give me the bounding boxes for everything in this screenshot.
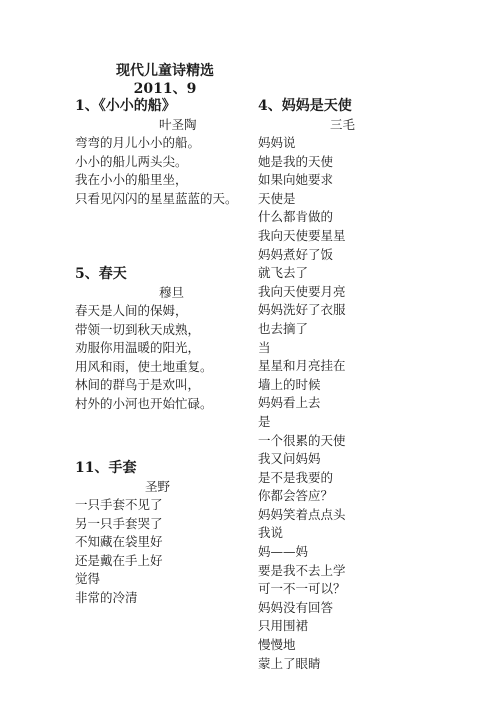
poem-line: 用风和雨，使土地重复。	[75, 358, 213, 377]
poem-title: 1、《小小的船》	[75, 96, 238, 116]
poem-line: 春天是人间的保姆，	[75, 302, 213, 321]
poem-line: 小小的船儿两头尖。	[75, 153, 238, 172]
poem-line: 我在小小的船里坐，	[75, 171, 238, 190]
poem-line: 星星和月亮挂在	[258, 357, 355, 376]
poem-line: 带领一切到秋天成熟，	[75, 321, 213, 340]
poem-author: 三毛	[258, 116, 355, 134]
poem-line: 什么都肯做的	[258, 208, 355, 227]
poem-line: 劝服你用温暖的阳光，	[75, 339, 213, 358]
poem-line: 妈妈笑着点点头	[258, 506, 355, 525]
poem-line: 就飞去了	[258, 264, 355, 283]
poem-line: 她是我的天使	[258, 153, 355, 172]
poem-line: 一个很累的天使	[258, 432, 355, 451]
poem-line: 弯弯的月儿小小的船。	[75, 134, 238, 153]
poem-line: 可一不一可以？	[258, 580, 355, 599]
poem-line: 我向天使要月亮	[258, 283, 355, 302]
poem-mother-angel: 4、妈妈是天使 三毛 妈妈说 她是我的天使 如果向她要求 天使是 什么都肯做的 …	[258, 96, 355, 673]
poem-spring: 5、春天 穆旦 春天是人间的保姆， 带领一切到秋天成熟， 劝服你用温暖的阳光， …	[75, 264, 213, 414]
poem-line: 我又问妈妈	[258, 450, 355, 469]
poem-line: 要是我不去上学	[258, 562, 355, 581]
poem-line: 当	[258, 339, 355, 358]
poem-author: 叶圣陶	[75, 116, 238, 134]
poem-line: 蒙上了眼睛	[258, 655, 355, 674]
poem-line: 是不是我要的	[258, 469, 355, 488]
poem-line: 妈妈洗好了衣服	[258, 301, 355, 320]
poem-glove: 11、手套 圣野 一只手套不见了 另一只手套哭了 不知藏在袋里好 还是戴在手上好…	[75, 458, 170, 608]
poem-line: 林间的群鸟于是欢叫，	[75, 376, 213, 395]
poem-line: 一只手套不见了	[75, 496, 170, 515]
document-title: 现代儿童诗精选	[0, 62, 330, 80]
poem-line: 妈妈看上去	[258, 394, 355, 413]
poem-author: 穆旦	[75, 284, 213, 302]
poem-line: 天使是	[258, 190, 355, 209]
poem-author: 圣野	[75, 478, 170, 496]
poem-line: 觉得	[75, 570, 170, 589]
poem-line: 妈妈说	[258, 134, 355, 153]
poem-line: 慢慢地	[258, 636, 355, 655]
poem-line: 妈妈没有回答	[258, 599, 355, 618]
poem-small-boat: 1、《小小的船》 叶圣陶 弯弯的月儿小小的船。 小小的船儿两头尖。 我在小小的船…	[75, 96, 238, 208]
poem-line: 我说	[258, 524, 355, 543]
poem-line: 还是戴在手上好	[75, 552, 170, 571]
poem-line: 我向天使要星星	[258, 227, 355, 246]
poem-line: 只用围裙	[258, 617, 355, 636]
poem-line: 非常的冷清	[75, 589, 170, 608]
poem-line: 妈——妈	[258, 543, 355, 562]
poem-line: 也去摘了	[258, 320, 355, 339]
poem-line: 不知藏在袋里好	[75, 533, 170, 552]
poem-line: 村外的小河也开始忙碌。	[75, 395, 213, 414]
poem-line: 是	[258, 413, 355, 432]
poem-title: 11、手套	[75, 458, 170, 478]
poem-line: 只看见闪闪的星星蓝蓝的天。	[75, 190, 238, 209]
poem-line: 墙上的时候	[258, 376, 355, 395]
poem-line: 另一只手套哭了	[75, 515, 170, 534]
poem-title: 5、春天	[75, 264, 213, 284]
poem-line: 如果向她要求	[258, 171, 355, 190]
poem-line: 你都会答应？	[258, 487, 355, 506]
poem-title: 4、妈妈是天使	[258, 96, 355, 116]
poem-line: 妈妈煮好了饭	[258, 246, 355, 265]
